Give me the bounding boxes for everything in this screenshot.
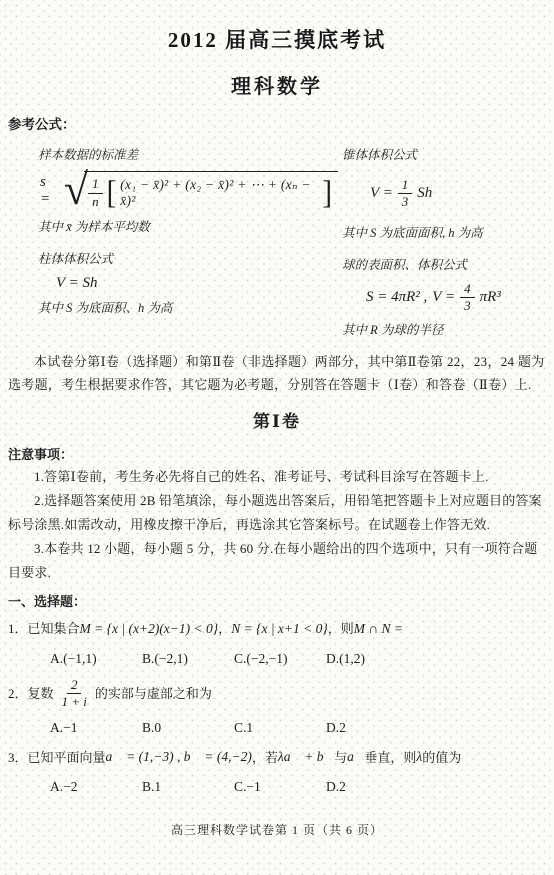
- open-bracket: [: [107, 177, 117, 209]
- exam-structure-paragraph: 本试卷分第Ⅰ卷（选择题）和第Ⅱ卷（非选择题）两部分，其中第Ⅱ卷第 22，23，2…: [8, 350, 546, 397]
- question-1-options: A.(−1,1) B.(−2,1) C.(−2,−1) D.(1,2): [50, 651, 546, 667]
- stddev-terms: (x₁ − x̄)² + (x₂ − x̄)² + ⋯ + (xₙ − x̄)²: [120, 177, 318, 209]
- question-1-stem: 1．已知集合 M = {x | (x+2)(x−1) < 0} ， N = {x…: [8, 618, 546, 641]
- option-a: A.(−1,1): [50, 651, 142, 667]
- option-b: B.(−2,1): [142, 651, 234, 667]
- sphere-label: 球的表面积、体积公式: [342, 255, 546, 273]
- option-b: B.1: [142, 779, 234, 795]
- set-n-expression: N = {x | x+1 < 0}: [231, 618, 328, 641]
- cone-volume-formula: V = 1 3 Sh: [370, 177, 546, 211]
- cylinder-volume-formula: V = Sh: [56, 275, 338, 292]
- option-d: D.2: [326, 779, 346, 795]
- radicand: 1 n [ (x₁ − x̄)² + (x₂ − x̄)² + ⋯ + (xₙ …: [84, 171, 338, 211]
- option-c: C.−1: [234, 779, 326, 795]
- set-m-expression: M = {x | (x+2)(x−1) < 0}: [80, 618, 219, 641]
- stddev-radical: √ 1 n [ (x₁ − x̄)² + (x₂ − x̄)² + ⋯ + (x…: [64, 171, 338, 211]
- cone-volume-label: 锥体体积公式: [342, 145, 546, 163]
- note-item-3: 3.本卷共 12 小题，每小题 5 分，共 60 分.在每小题给出的四个选项中，…: [8, 537, 546, 585]
- option-d: D.(1,2): [326, 651, 365, 667]
- vector-a: a⃗: [347, 746, 364, 769]
- option-c: C.(−2,−1): [234, 651, 326, 667]
- lambda-vector-expression: λa⃗ + b⃗: [278, 746, 334, 769]
- option-a: A.−2: [50, 779, 142, 795]
- stddev-label: 样本数据的标准差: [38, 145, 338, 163]
- option-c: C.1: [234, 720, 326, 736]
- option-b: B.0: [142, 720, 234, 736]
- question-3-stem: 3．已知平面向量 a⃗ = (1,−3) , b⃗ = (4,−2) ，若 λa…: [8, 746, 546, 769]
- question-2-options: A.−1 B.0 C.1 D.2: [50, 720, 546, 736]
- option-a: A.−1: [50, 720, 142, 736]
- question-3-options: A.−2 B.1 C.−1 D.2: [50, 779, 546, 795]
- radical-sign: √: [64, 170, 88, 210]
- stddev-lhs: s =: [40, 174, 59, 208]
- page-title: 2012 届高三摸底考试: [8, 24, 546, 54]
- part1-heading: 第Ⅰ卷: [8, 407, 546, 432]
- formulas-left-column: 样本数据的标准差 s = √ 1 n [ (x₁ − x̄)² + (x₂ − …: [8, 137, 338, 338]
- sphere-volume-lhs: V =: [432, 289, 455, 306]
- page-footer: 高三理科数学试卷第 1 页（共 6 页）: [8, 821, 546, 838]
- vectors-definition: a⃗ = (1,−3) , b⃗ = (4,−2): [106, 746, 252, 769]
- stddev-note: 其中 x̄ 为样本平均数: [38, 217, 338, 235]
- multiple-choice-section-heading: 一、选择题：: [8, 591, 546, 610]
- page-subtitle: 理科数学: [8, 70, 546, 99]
- reference-formulas-section: 样本数据的标准差 s = √ 1 n [ (x₁ − x̄)² + (x₂ − …: [8, 137, 546, 338]
- sphere-surface-formula: S = 4πR² ,: [366, 289, 427, 306]
- one-third-fraction: 1 3: [398, 177, 413, 211]
- close-bracket: ]: [322, 177, 332, 209]
- cone-volume-note: 其中 S 为底面面积, h 为高: [342, 223, 546, 241]
- option-d: D.2: [326, 720, 346, 736]
- one-over-n-fraction: 1 n: [88, 176, 103, 210]
- sphere-formulas: S = 4πR² , V = 4 3 πR³: [366, 281, 546, 315]
- formulas-right-column: 锥体体积公式 V = 1 3 Sh 其中 S 为底面面积, h 为高 球的表面积…: [338, 137, 546, 338]
- note-item-1: 1.答第Ⅰ卷前，考生务必先将自己的姓名、准考证号、考试科目涂写在答题卡上.: [8, 465, 546, 489]
- note-item-2: 2.选择题答案使用 2B 铅笔填涂，每小题选出答案后，用铅笔把答题卡上对应题目的…: [8, 489, 546, 537]
- cylinder-volume-note: 其中 S 为底面积、h 为高: [38, 298, 338, 316]
- notes-heading: 注意事项：: [8, 444, 546, 463]
- cylinder-volume-label: 柱体体积公式: [38, 249, 338, 267]
- intersection-expression: M ∩ N =: [354, 618, 403, 641]
- question-2-stem: 2．复数 2 1 + i 的实部与虚部之和为: [8, 677, 546, 711]
- cone-rhs: Sh: [417, 185, 432, 202]
- sphere-volume-rhs: πR³: [480, 289, 501, 306]
- reference-formulas-heading: 参考公式：: [8, 113, 546, 133]
- four-thirds-fraction: 4 3: [460, 281, 475, 315]
- sphere-note: 其中 R 为球的半径: [342, 320, 546, 338]
- exam-paper-page: 2012 届高三摸底考试 理科数学 参考公式： 样本数据的标准差 s = √ 1…: [0, 0, 554, 875]
- complex-fraction: 2 1 + i: [58, 677, 91, 711]
- stddev-formula: s = √ 1 n [ (x₁ − x̄)² + (x₂ − x̄)² + ⋯ …: [40, 171, 338, 211]
- cone-lhs: V =: [370, 185, 393, 202]
